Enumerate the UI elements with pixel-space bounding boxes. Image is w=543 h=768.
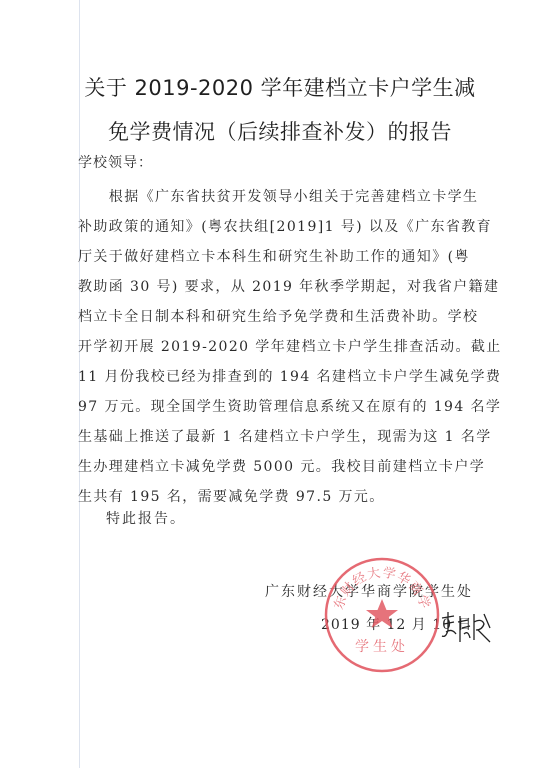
body-line: 开学初开展 2019-2020 学年建档立卡户学生排查活动。截止 bbox=[78, 332, 478, 362]
closing-remark: 特此报告。 bbox=[106, 508, 186, 528]
body-line: 11 月份我校已经为排查到的 194 名建档立卡户学生减免学费 bbox=[78, 362, 478, 392]
salutation: 学校领导： bbox=[78, 152, 153, 172]
svg-text:学生处: 学生处 bbox=[355, 638, 409, 655]
body-paragraph: 根据《广东省扶贫开发领导小组关于完善建档立卡学生 补助政策的通知》(粤农扶组[2… bbox=[78, 182, 478, 512]
body-line: 根据《广东省扶贫开发领导小组关于完善建档立卡学生 bbox=[78, 182, 478, 212]
body-line: 生办理建档立卡减免学费 5000 元。我校目前建档立卡户学 bbox=[78, 452, 478, 482]
document-title-line-1: 关于 2019-2020 学年建档立卡户学生减 bbox=[80, 72, 480, 102]
body-line: 97 万元。现全国学生资助管理信息系统又在原有的 194 名学 bbox=[78, 392, 478, 422]
official-seal-stamp-icon: 广东财经大学华商学院 学生处 bbox=[322, 555, 442, 675]
body-line: 厅关于做好建档立卡本科生和研究生补助工作的通知》(粤 bbox=[78, 242, 478, 272]
svg-text:广东财经大学华商学院: 广东财经大学华商学院 bbox=[322, 555, 432, 612]
body-line: 补助政策的通知》(粤农扶组[2019]1 号) 以及《广东省教育 bbox=[78, 212, 478, 242]
body-line: 生基础上推送了最新 1 名建档立卡户学生，现需为这 1 名学 bbox=[78, 422, 478, 452]
handwritten-signature-icon bbox=[438, 608, 494, 648]
body-line: 档立卡全日制本科和研究生给予免学费和生活费补助。学校 bbox=[78, 302, 478, 332]
document-title-line-2: 免学费情况（后续排查补发）的报告 bbox=[80, 116, 480, 146]
body-line: 教助函 30 号) 要求，从 2019 年秋季学期起，对我省户籍建 bbox=[78, 272, 478, 302]
